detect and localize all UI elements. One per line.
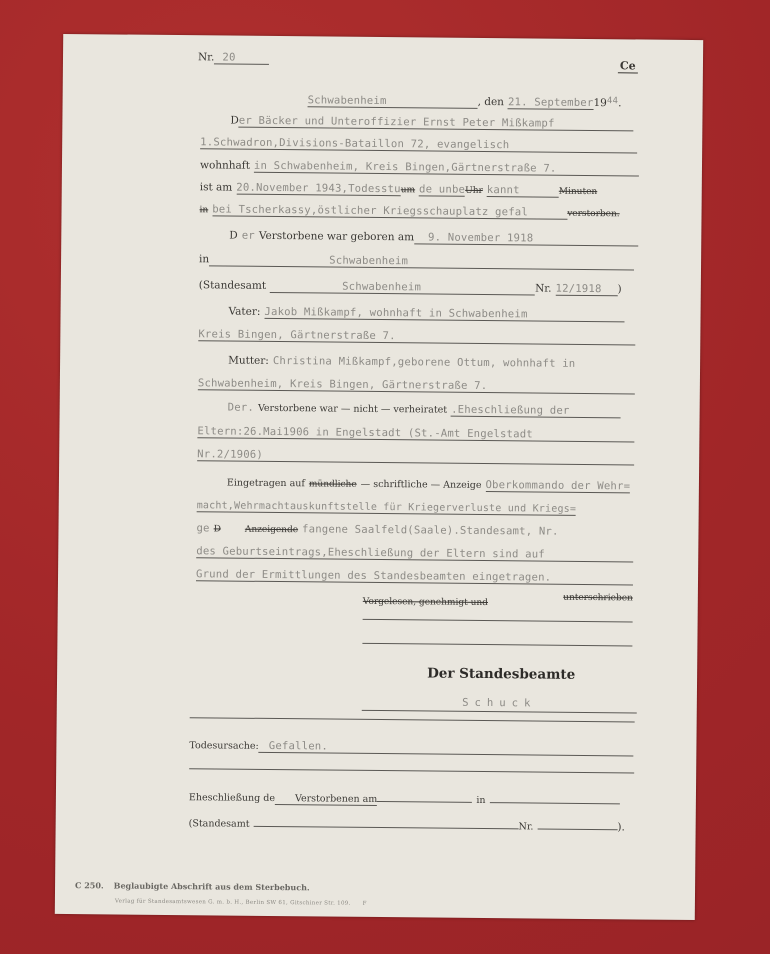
death-time-2: kannt: [487, 184, 559, 198]
deceased-name: er Bäcker und Unteroffizier Ernst Peter …: [239, 115, 634, 132]
official-name: Schuck: [462, 697, 536, 710]
nr-value: 20: [222, 51, 235, 63]
death-date: 20.November 1943,Todesstu: [236, 182, 401, 197]
married-label: Verstorbene war — nicht — verheiratet: [258, 403, 447, 416]
informant-3b: fangene Saalfeld(Saale).Standesamt, Nr.: [302, 523, 559, 537]
deceased-line-2: 1.Schwadron,Divisions-Bataillon 72, evan…: [200, 132, 637, 154]
in-label: in: [200, 205, 209, 215]
um-label: um: [401, 185, 415, 195]
lower-nr-label: Nr.: [518, 821, 533, 832]
record-number: Nr.20: [198, 51, 270, 65]
deceased-line-1: Der Bäcker und Unteroffizier Ernst Peter…: [230, 111, 634, 133]
informant-3a: ge: [196, 522, 209, 534]
death-certificate-document: Nr.20 Ce Schwabenheim, den 21. September…: [55, 34, 703, 920]
father-line-2: Kreis Bingen, Gärtnerstraße 7.: [198, 324, 635, 346]
unterschrieben-struck: unterschrieben: [563, 593, 633, 604]
wohnhaft-label: wohnhaft: [200, 159, 250, 171]
informant-4: des Geburtseintrags,Eheschließung der El…: [196, 545, 633, 562]
read-approved-line: Vorgelesen, genehmigt und unterschrieben: [363, 591, 633, 612]
struck-d: D: [214, 524, 221, 534]
muendliche-struck: mündliche: [309, 479, 357, 489]
registration-line-1: Eingetragen auf mündliche — schriftliche…: [227, 473, 630, 495]
birth-registry-line: (Standesamt SchwabenheimNr. 12/1918): [199, 275, 622, 297]
parents-marriage-2: Nr.2/1906): [197, 448, 634, 465]
lower-registry-line: (Standesamt Nr. ).: [189, 813, 625, 835]
schriftliche-label: — schriftliche — Anzeige: [361, 479, 482, 491]
place-date-line: Schwabenheim, den 21. September1944.: [308, 90, 622, 111]
in2-label: in: [199, 253, 209, 265]
den-label: , den: [478, 96, 504, 108]
birth-line: D er Verstorbene war geboren am9. Novemb…: [229, 226, 638, 248]
official-signature-line: Schuck: [362, 692, 637, 714]
informant-1: Oberkommando der Wehr=: [485, 479, 630, 493]
marriage-of-deceased-line: Eheschließung deVerstorbenen amin: [189, 787, 620, 809]
mother-label: Mutter:: [228, 355, 269, 367]
eingetragen-label: Eingetragen auf: [227, 478, 305, 490]
lower-rule-2: [189, 768, 634, 773]
informant-5: Grund der Ermittlungen des Standesbeamte…: [196, 568, 633, 585]
nr2-label: Nr.: [535, 282, 552, 294]
mother-line-1: Mutter: Christina Mißkampf,geborene Ottu…: [228, 351, 575, 372]
form-code: Ce: [618, 59, 638, 73]
birth-registry-office: Schwabenheim: [270, 280, 535, 296]
article-prefix: D: [230, 115, 239, 127]
born-article: er: [242, 230, 255, 242]
struck-anzeigende: Anzeigende: [245, 525, 298, 536]
married-prefix: Der.: [228, 402, 254, 414]
father-line-1: Vater: Jakob Mißkampf, wohnhaft in Schwa…: [229, 302, 625, 324]
minuten-label: Minuten: [559, 187, 598, 197]
birth-place: Schwabenheim: [209, 253, 634, 270]
father-value-1: Jakob Mißkampf, wohnhaft in Schwabenheim: [264, 306, 624, 322]
death-place-line: in bei Tscherkassy,östlicher Kriegsschau…: [199, 199, 619, 221]
ehe-label-2: Verstorbenen am: [275, 793, 377, 806]
cause-label: Todesursache:: [189, 740, 258, 752]
death-place: bei Tscherkassy,östlicher Kriegsschaupla…: [212, 203, 567, 219]
lower-standesamt-label: (Standesamt: [189, 818, 250, 830]
date-value: 21. September: [508, 96, 594, 110]
born-label: Verstorbene war geboren am: [259, 230, 414, 243]
deceased-unit: 1.Schwadron,Divisions-Bataillon 72, evan…: [200, 136, 637, 153]
registration-line-4: des Geburtseintrags,Eheschließung der El…: [196, 541, 633, 563]
signature-rule-2: [362, 643, 632, 647]
ist-am-label: ist am: [200, 181, 233, 193]
registration-line-5: Grund der Ermittlungen des Standesbeamte…: [196, 564, 633, 586]
year-prefix: 19: [593, 97, 606, 109]
verstorben-label: verstorben.: [567, 209, 620, 220]
lower-close: ).: [617, 821, 625, 833]
mother-line-2: Schwabenheim, Kreis Bingen, Gärtnerstraß…: [198, 373, 635, 395]
born-prefix: D: [229, 230, 238, 242]
standesamt-label: (Standesamt: [199, 279, 266, 292]
cause-value: Gefallen.: [259, 740, 634, 757]
death-time: de unbe: [419, 183, 465, 196]
publisher: Verlag für Standesamtswesen G. m. b. H.,…: [115, 898, 351, 906]
birth-registry-number: 12/1918: [555, 283, 617, 297]
publisher-footer: Verlag für Standesamtswesen G. m. b. H.,…: [115, 889, 367, 909]
death-date-line: ist am 20.November 1943,Todesstuum de un…: [200, 177, 598, 199]
marital-line: Der. Verstorbene war — nicht — verheirat…: [228, 398, 622, 420]
form-code-footer: C 250.: [75, 880, 104, 890]
vorgelesen-struck: Vorgelesen, genehmigt und: [363, 597, 488, 608]
married-note: .Eheschließung der: [451, 404, 621, 419]
lower-rule-1: [190, 717, 635, 722]
informant-2: macht,Wehrmachtauskunftstelle für Kriege…: [197, 500, 577, 516]
birth-date: 9. November 1918: [414, 231, 638, 246]
mother-value-1: Christina Mißkampf,geborene Ottum, wohnh…: [273, 355, 576, 370]
official-title: Der Standesbeamte: [427, 665, 575, 682]
father-label: Vater:: [229, 306, 261, 318]
registration-line-2: macht,Wehrmachtauskunftstelle für Kriege…: [197, 495, 577, 517]
residence-value: in Schwabenheim, Kreis Bingen,Gärtnerstr…: [254, 160, 639, 177]
cause-of-death-line: Todesursache:Gefallen.: [189, 735, 634, 757]
publisher-mark: F: [363, 901, 367, 907]
registration-line-3: ge D Anzeigende fangene Saalfeld(Saale).…: [196, 518, 558, 539]
ehe-in-label: in: [476, 795, 485, 806]
place-value: Schwabenheim: [308, 94, 478, 109]
residence-line: wohnhaft in Schwabenheim, Kreis Bingen,G…: [200, 155, 639, 177]
parents-marriage-line-2: Nr.2/1906): [197, 444, 634, 466]
ehe-label: Eheschließung de: [189, 792, 275, 804]
uhr-label: Uhr: [465, 186, 483, 196]
parents-marriage-line-1: Eltern:26.Mai1906 in Engelstadt (St.-Amt…: [197, 421, 634, 443]
nr-label: Nr.: [198, 51, 215, 63]
father-value-2: Kreis Bingen, Gärtnerstraße 7.: [198, 328, 635, 345]
birth-place-line: inSchwabenheim: [199, 249, 634, 271]
parents-marriage-1: Eltern:26.Mai1906 in Engelstadt (St.-Amt…: [197, 425, 634, 442]
signature-rule-1: [363, 619, 633, 623]
mother-value-2: Schwabenheim, Kreis Bingen, Gärtnerstraß…: [198, 377, 635, 394]
year-suffix: 44: [607, 96, 618, 106]
